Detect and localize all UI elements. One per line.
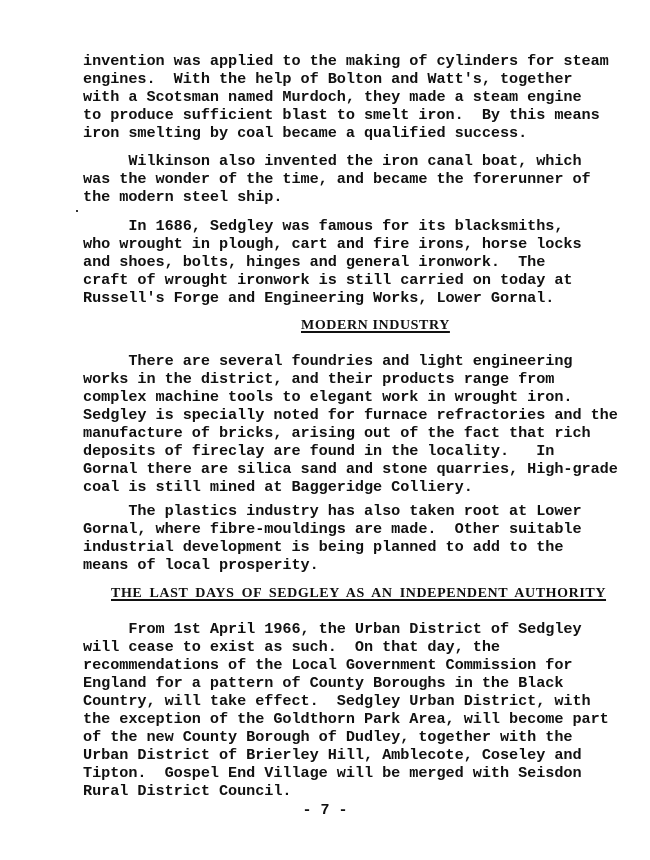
- text-line: From 1st April 1966, the Urban District …: [83, 620, 609, 638]
- heading-last-days: THE LAST DAYS OF SEDGLEY AS AN INDEPENDE…: [111, 586, 606, 602]
- paragraph-plastics: The plastics industry has also taken roo…: [83, 502, 582, 574]
- text-line: craft of wrought ironwork is still carri…: [83, 271, 582, 289]
- text-line: of the new County Borough of Dudley, tog…: [83, 728, 609, 746]
- text-line: will cease to exist as such. On that day…: [83, 638, 609, 656]
- paragraph-steam-engines: invention was applied to the making of c…: [83, 52, 609, 142]
- text-line: with a Scotsman named Murdoch, they made…: [83, 88, 609, 106]
- paragraph-foundries: There are several foundries and light en…: [83, 352, 618, 496]
- text-line: coal is still mined at Baggeridge Collie…: [83, 478, 618, 496]
- text-line: to produce sufficient blast to smelt iro…: [83, 106, 609, 124]
- text-line: In 1686, Sedgley was famous for its blac…: [83, 217, 582, 235]
- text-line: Russell's Forge and Engineering Works, L…: [83, 289, 582, 307]
- text-line: industrial development is being planned …: [83, 538, 582, 556]
- text-line: invention was applied to the making of c…: [83, 52, 609, 70]
- text-line: works in the district, and their product…: [83, 370, 618, 388]
- text-line: Sedgley is specially noted for furnace r…: [83, 406, 618, 424]
- document-page: invention was applied to the making of c…: [0, 0, 650, 860]
- text-line: engines. With the help of Bolton and Wat…: [83, 70, 609, 88]
- text-line: manufacture of bricks, arising out of th…: [83, 424, 618, 442]
- page-number: - 7 -: [0, 802, 650, 819]
- text-line: recommendations of the Local Government …: [83, 656, 609, 674]
- text-line: Gornal, where fibre-mouldings are made. …: [83, 520, 582, 538]
- text-line: England for a pattern of County Boroughs…: [83, 674, 609, 692]
- text-line: and shoes, bolts, hinges and general iro…: [83, 253, 582, 271]
- text-line: Urban District of Brierley Hill, Ambleco…: [83, 746, 609, 764]
- text-line: iron smelting by coal became a qualified…: [83, 124, 609, 142]
- text-line: Gornal there are silica sand and stone q…: [83, 460, 618, 478]
- text-line: Wilkinson also invented the iron canal b…: [83, 152, 591, 170]
- text-line: Tipton. Gospel End Village will be merge…: [83, 764, 609, 782]
- text-line: the modern steel ship.: [83, 188, 591, 206]
- text-line: who wrought in plough, cart and fire iro…: [83, 235, 582, 253]
- text-line: Country, will take effect. Sedgley Urban…: [83, 692, 609, 710]
- paragraph-canal-boat: Wilkinson also invented the iron canal b…: [83, 152, 591, 206]
- text-line: deposits of fireclay are found in the lo…: [83, 442, 618, 460]
- text-line: Rural District Council.: [83, 782, 609, 800]
- scan-speck: [76, 210, 78, 212]
- paragraph-urban-district: From 1st April 1966, the Urban District …: [83, 620, 609, 800]
- text-line: complex machine tools to elegant work in…: [83, 388, 618, 406]
- text-line: There are several foundries and light en…: [83, 352, 618, 370]
- heading-modern-industry: MODERN INDUSTRY: [301, 318, 450, 334]
- text-line: means of local prosperity.: [83, 556, 582, 574]
- text-line: the exception of the Goldthorn Park Area…: [83, 710, 609, 728]
- text-line: was the wonder of the time, and became t…: [83, 170, 591, 188]
- text-line: The plastics industry has also taken roo…: [83, 502, 582, 520]
- paragraph-blacksmiths: In 1686, Sedgley was famous for its blac…: [83, 217, 582, 307]
